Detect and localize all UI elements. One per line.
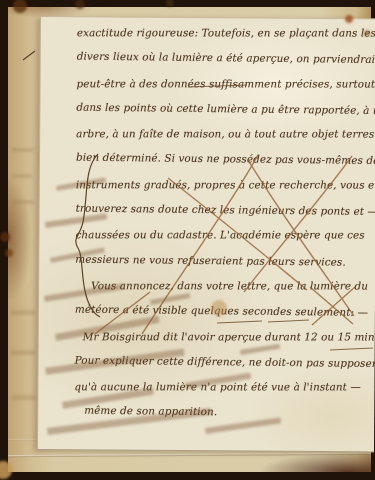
manuscript-line: trouverez sans doute chez les ingénieurs…: [76, 197, 375, 226]
letter-sheet: exactitude rigoureuse: Toutefois, en se …: [37, 16, 375, 452]
manuscript-line: Vous annoncez, dans votre lettre, que la…: [75, 274, 375, 300]
manuscript-line: Pour expliquer cette différence, ne doit…: [74, 348, 375, 377]
manuscript-line: divers lieux où la lumière a été aperçue…: [77, 45, 375, 74]
letter-text-block: exactitude rigoureuse: Toutefois, en se …: [74, 20, 375, 427]
manuscript-line: exactitude rigoureuse: Toutefois, en se …: [77, 21, 375, 47]
manuscript-line: bien déterminé. Si vous ne possédez pas …: [76, 146, 375, 175]
manuscript-line: instruments gradués, propres à cette rec…: [76, 173, 375, 199]
manuscript-line: Mr Boisgiraud dit l'avoir aperçue durant…: [75, 325, 375, 351]
manuscript-line: peut-être à des données suffisamment pré…: [77, 72, 375, 98]
manuscript-line: même de son apparition.: [74, 399, 375, 428]
manuscript-line: arbre, à un faîte de maison, ou à tout a…: [76, 122, 375, 148]
manuscript-line: qu'à aucune la lumière n'a point été vue…: [74, 375, 375, 401]
manuscript-scan: exactitude rigoureuse: Toutefois, en se …: [0, 0, 375, 480]
manuscript-line: messieurs ne vous refuseraient pas leurs…: [75, 247, 375, 276]
manuscript-line: chaussées ou du cadastre. L'académie esp…: [75, 224, 375, 250]
manuscript-line: dans les points où cette lumière a pu êt…: [76, 95, 375, 124]
manuscript-line: météore a été visible quelques secondes …: [75, 298, 375, 327]
